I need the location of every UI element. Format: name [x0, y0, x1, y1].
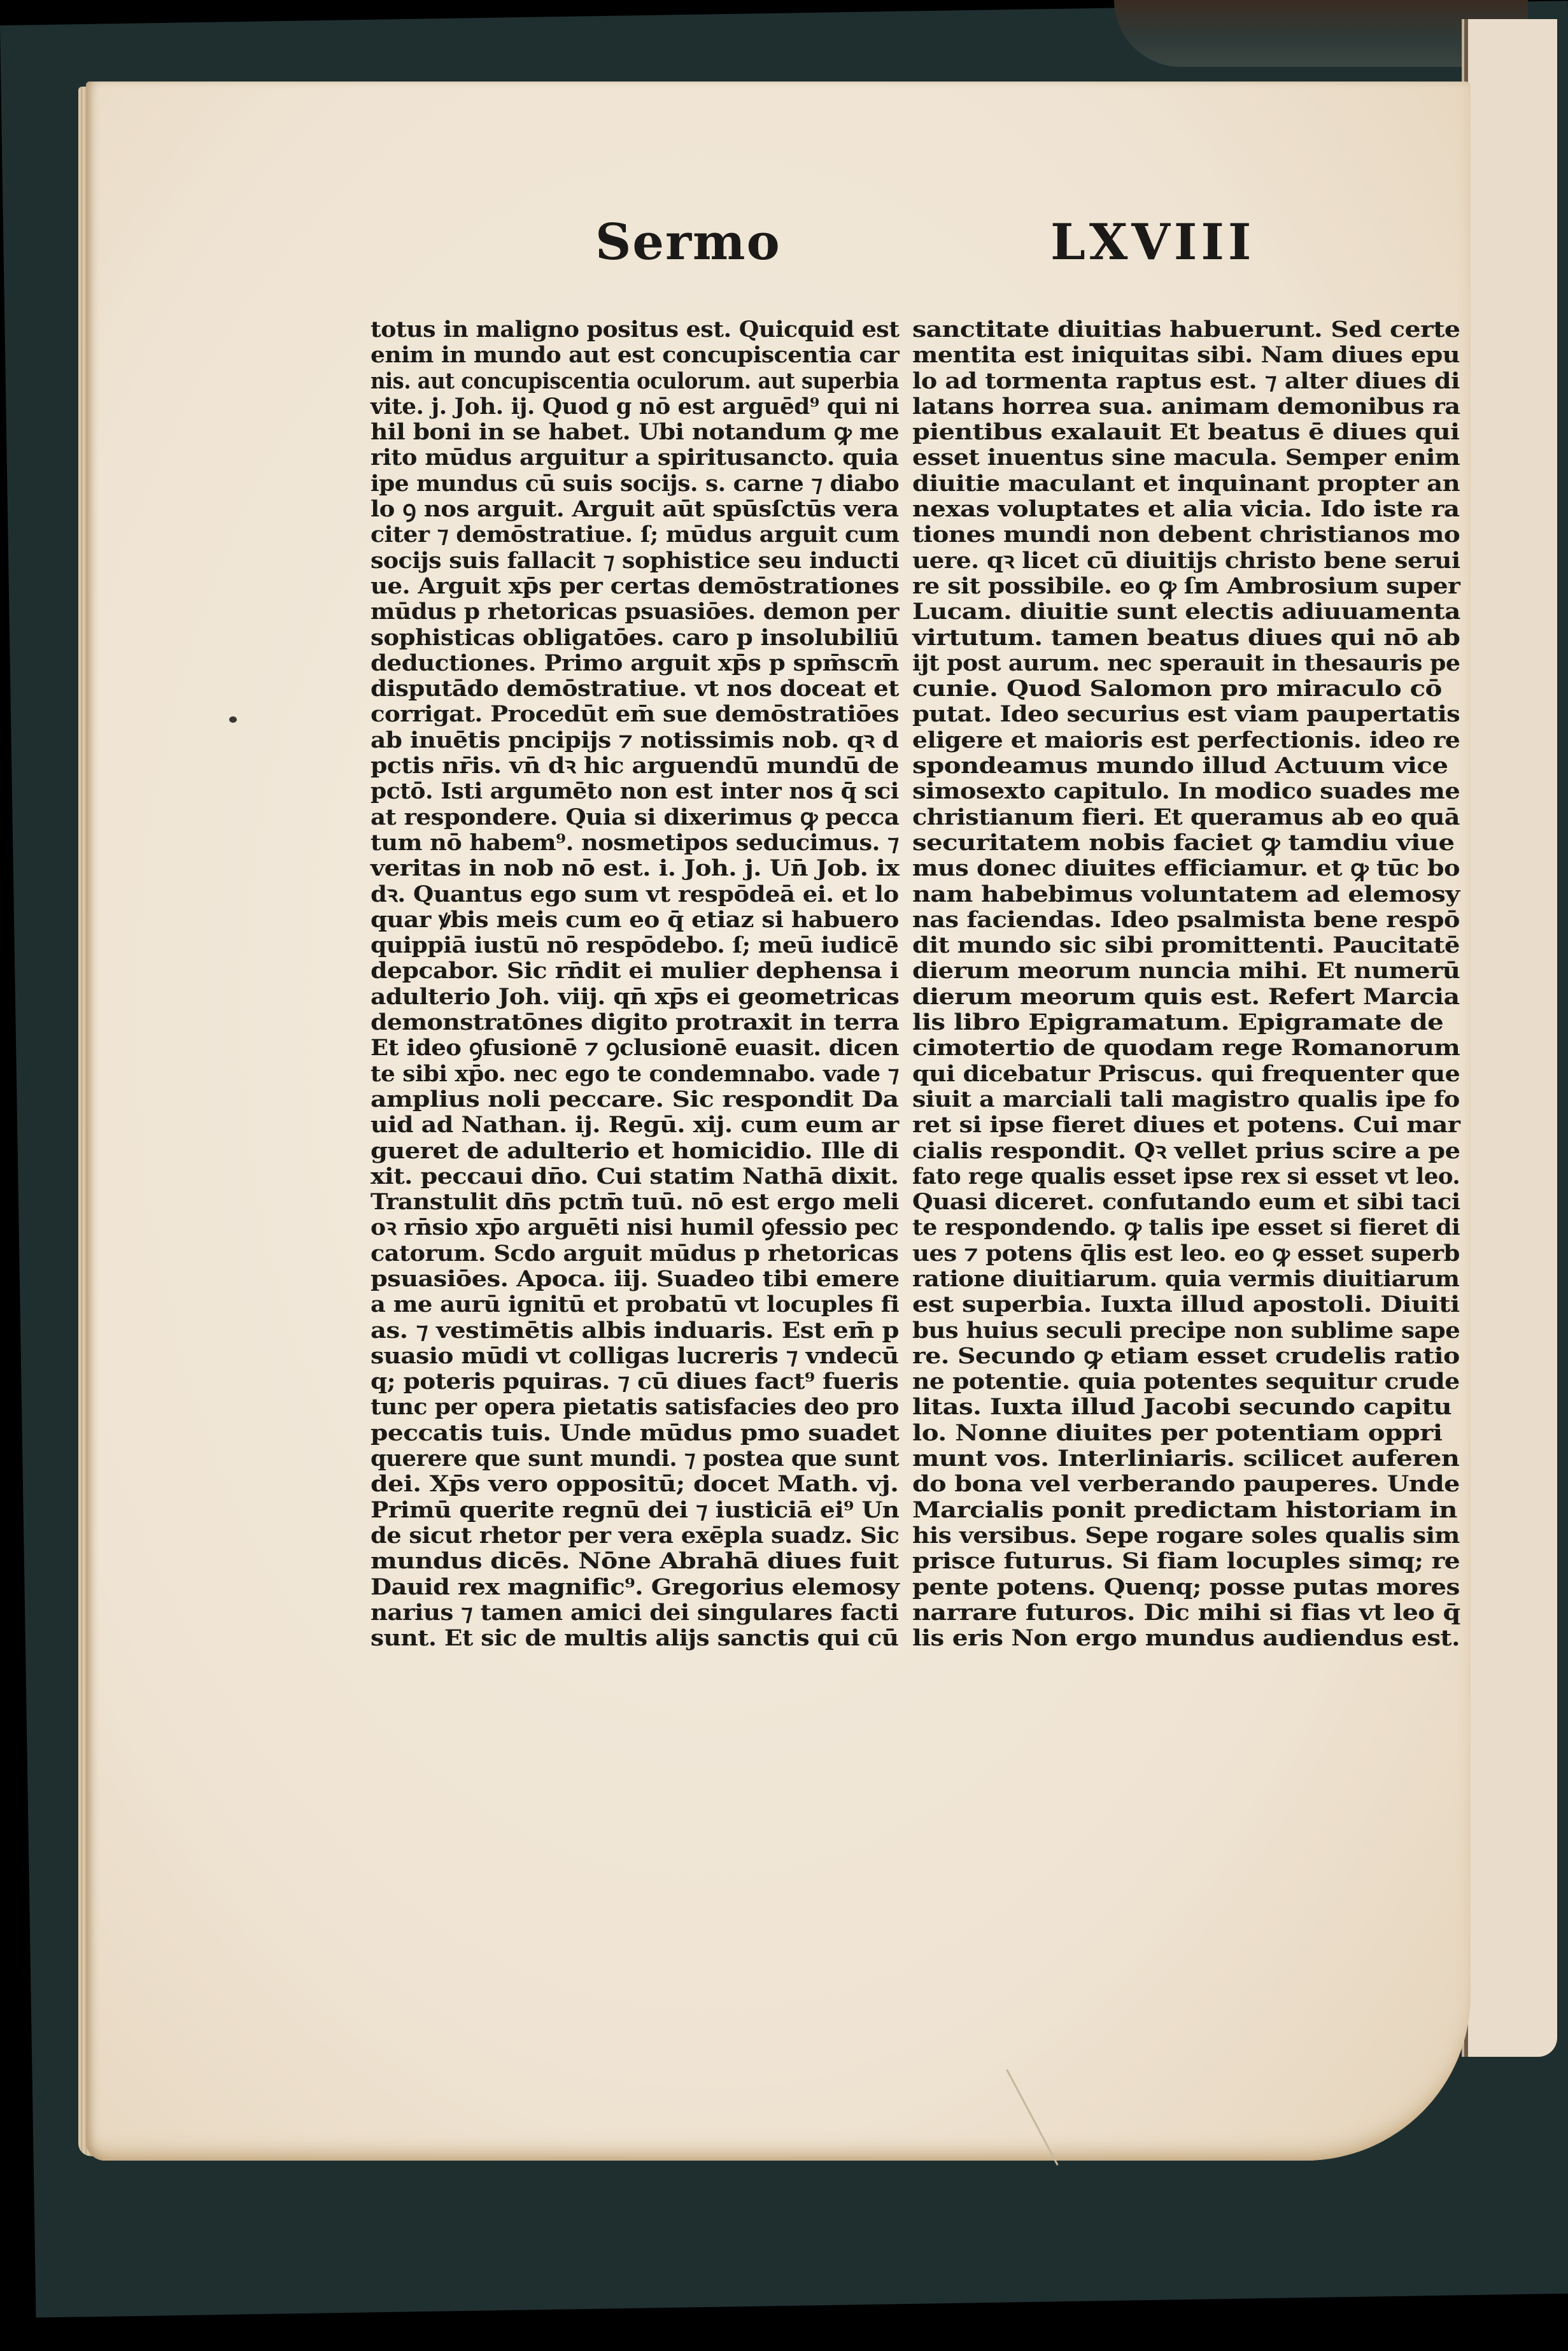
- text-line: nis. aut concupiscentia oculorum. aut su…: [371, 369, 856, 394]
- text-line: a me aurū ignitū et probatū vt locuples …: [371, 1292, 926, 1318]
- text-line: dierum meorum nuncia mihi. Et numerū: [912, 958, 1516, 984]
- text-column-right: sanctitate diuitias habuerunt. Sed certe…: [912, 317, 1460, 1651]
- text-line: enim in mundo aut est concupiscentia car: [371, 343, 915, 368]
- text-line: hil boni in se habet. Ubi notandum ꝙ me: [371, 420, 937, 445]
- text-line: lo ad tormenta raptus est. ⁊ alter diues…: [912, 369, 1507, 394]
- text-line: ue. Arguit xp̄s per certas demōstratione…: [371, 574, 932, 599]
- text-line: lis libro Epigramatum. Epigramate de: [912, 1010, 1542, 1035]
- text-line: vite. j. Joh. ij. Quod g nō est arguēd⁹ …: [371, 394, 910, 420]
- text-line: esset inuentus sine macula. Semper enim: [912, 445, 1502, 471]
- text-line: veritas in nob nō est. i. Joh. j. Un̄ Jo…: [371, 856, 949, 881]
- text-line: as. ⁊ vestimētis albis induaris. Est em̄…: [371, 1318, 954, 1344]
- text-line: nexas voluptates et alia vicia. Ido iste…: [912, 497, 1524, 522]
- text-line: Quasi diceret. confutando eum et sibi ta…: [912, 1190, 1498, 1215]
- text-line: oꝛ rn̄sio xp̄o arguēti nisi humil ꝯfessi…: [371, 1215, 916, 1240]
- text-line: Lucam. diuitie sunt electis adiuuamenta: [912, 599, 1522, 625]
- text-line: cimotertio de quodam rege Romanorum: [912, 1035, 1524, 1061]
- text-column-left: totus in maligno positus est. Quicquid e…: [371, 317, 899, 1651]
- text-line: pctis nr̄is. vn̄ dꝛ hic arguendū mundū d…: [371, 753, 940, 779]
- text-line: psuasiōes. Apoca. iij. Suadeo tibi emere: [371, 1267, 949, 1292]
- foxing-spot: [229, 716, 237, 723]
- text-line: nam habebimus voluntatem ad elemosy: [912, 882, 1532, 907]
- text-line: ne potentie. quia potentes sequitur crud…: [912, 1369, 1503, 1395]
- text-line: spondeamus mundo illud Actuum vice: [912, 753, 1542, 779]
- text-line: sanctitate diuitias habuerunt. Sed certe: [912, 317, 1529, 343]
- text-line: fato rege qualis esset ipse rex si esset…: [912, 1164, 1466, 1190]
- text-line: sophisticas obligatōes. caro p insolubil…: [371, 625, 931, 651]
- text-line: dierum meorum quis est. Refert Marcia: [912, 984, 1531, 1010]
- text-line: quar ꝟbis meis cum eo q̄ etiaz si habuer…: [371, 907, 933, 933]
- text-line: narius ⁊ tamen amici dei singulares fact…: [371, 1600, 933, 1626]
- text-line: cialis respondit. Qꝛ vellet prius scire …: [912, 1139, 1511, 1164]
- text-line: putat. Ideo securius est viam paupertati…: [912, 702, 1511, 727]
- text-line: lis eris Non ergo mundus audiendus est.: [912, 1626, 1520, 1651]
- text-line: socijs suis fallacit ⁊ sophistice seu in…: [371, 548, 919, 574]
- text-line: deductiones. Primo arguit xp̄s p spm̄scm…: [371, 651, 933, 676]
- text-line: xit. peccaui dn̄o. Cui statim Nathā dixi…: [371, 1164, 946, 1190]
- text-line: depcabor. Sic rn̄dit ei mulier dephensa …: [371, 958, 942, 984]
- text-line: siuit a marciali tali magistro qualis ip…: [912, 1087, 1505, 1112]
- text-line: Primū querite regnū dei ⁊ iusticiā ei⁹ U…: [371, 1498, 938, 1523]
- text-line: eligere et maioris est perfectionis. ide…: [912, 728, 1499, 753]
- text-line: sunt. Et sic de multis alijs sanctis qui…: [371, 1626, 937, 1651]
- text-line: diuitie maculant et inquinant propter an: [912, 471, 1516, 497]
- text-line: do bona vel verberando pauperes. Unde: [912, 1472, 1532, 1497]
- text-line: tiones mundi non debent christianos mo: [912, 522, 1519, 548]
- text-line: Dauid rex magnific⁹. Gregorius elemosy: [371, 1575, 947, 1600]
- text-line: re sit possibile. eo ꝙ ſm Ambrosium supe…: [912, 574, 1501, 599]
- text-line: ues ⁊ potens q̄lis est leo. eo ꝙ esset s…: [912, 1241, 1492, 1267]
- text-line: rito mūdus arguitur a spiritusancto. qui…: [371, 445, 927, 471]
- text-line: Transtulit dn̄s pctm̄ tuū. nō est ergo m…: [371, 1190, 927, 1215]
- text-line: bus huius seculi precipe non sublime sap…: [912, 1318, 1492, 1344]
- text-line: christianum fieri. Et queramus ab eo quā: [912, 805, 1509, 830]
- text-line: his versibus. Sepe rogare soles qualis s…: [912, 1523, 1502, 1549]
- text-line: re. Secundo ꝙ etiam esset crudelis ratio: [912, 1344, 1529, 1369]
- text-line: tum nō habem⁹. nosmetipos seducimus. ⁊: [371, 830, 924, 856]
- text-line: uid ad Nathan. ij. Regū. xij. cum eum ar: [371, 1112, 944, 1138]
- text-line: at respondere. Quia si dixerimus ꝙ pecca: [371, 805, 931, 830]
- text-line: mentita est iniquitas sibi. Nam diues ep…: [912, 343, 1509, 368]
- text-line: pctō. Isti argumēto non est inter nos q̄…: [371, 779, 916, 804]
- text-line: lo. Nonne diuites per potentiam oppri: [912, 1421, 1542, 1446]
- text-line: pientibus exalauit Et beatus ē diues qui: [912, 420, 1532, 445]
- text-line: Et ideo ꝯfusionē ⁊ ꝯclusionē euasit. dic…: [371, 1035, 928, 1061]
- text-line: nas faciendas. Ideo psalmista bene respō: [912, 907, 1511, 933]
- text-line: gueret de adulterio et homicidio. Ille d…: [371, 1139, 950, 1164]
- text-line: pente potens. Quenq; posse putas mores: [912, 1575, 1519, 1600]
- text-line: suasio mūdi vt colligas lucreris ⁊ vndec…: [371, 1344, 937, 1369]
- text-line: dit mundo sic sibi promittenti. Paucitat…: [912, 933, 1516, 958]
- text-line: cunie. Quod Salomon pro miraculo cō: [912, 676, 1542, 702]
- text-line: q; poteris pquiras. ⁊ cū diues fact⁹ fue…: [371, 1369, 937, 1395]
- text-line: qui dicebatur Priscus. qui frequenter qu…: [912, 1062, 1505, 1087]
- text-line: catorum. Scdo arguit mūdus p rhetoricas: [371, 1241, 925, 1267]
- text-line: disputādo demōstratiue. vt nos doceat et: [371, 676, 931, 702]
- text-line: ab inuētis pncipijs ⁊ notissimis nob. qꝛ…: [371, 728, 937, 753]
- text-line: Marcialis ponit predictam historiam in: [912, 1498, 1542, 1523]
- folio-number: LXVIII: [1050, 213, 1255, 271]
- text-line: corrigat. Procedūt em̄ sue demōstratiōes: [371, 702, 931, 727]
- text-line: dei. Xp̄s vero oppositū; docet Math. vj.: [371, 1472, 969, 1497]
- running-head-left: Sermo: [595, 213, 781, 271]
- text-line: adulterio Joh. viij. qn̄ xp̄s ei geometr…: [371, 984, 938, 1010]
- text-line: simosexto capitulo. In modico suades me: [912, 779, 1511, 804]
- text-line: demonstratōnes digito protraxit in terra: [371, 1010, 940, 1035]
- text-line: est superbia. Iuxta illud apostoli. Diui…: [912, 1292, 1537, 1318]
- text-line: narrare futuros. Dic mihi si fias vt leo…: [912, 1600, 1534, 1626]
- text-line: litas. Iuxta illud Jacobi secundo capitu: [912, 1395, 1542, 1420]
- text-line: amplius noli peccare. Sic respondit Da: [371, 1087, 964, 1112]
- running-head: Sermo LXVIII: [0, 213, 1568, 271]
- text-line: te sibi xp̄o. nec ego te condemnabo. vad…: [371, 1062, 910, 1087]
- text-line: quippiā iustū nō respōdebo. ſ; meū iudic…: [371, 933, 921, 958]
- text-line: citer ⁊ demōstratiue. ſ; mūdus arguit cu…: [371, 522, 919, 548]
- text-line: te respondendo. ꝙ talis ipe esset si fie…: [912, 1215, 1481, 1240]
- text-line: totus in maligno positus est. Quicquid e…: [371, 317, 919, 343]
- text-line: querere que sunt mundi. ⁊ postea que sun…: [371, 1446, 905, 1472]
- text-line: latans horrea sua. animam demonibus ra: [912, 394, 1511, 420]
- text-line: securitatem nobis faciet ꝙ tamdiu viue: [912, 830, 1542, 856]
- text-line: munt vos. Interliniaris. scilicet aufere…: [912, 1446, 1539, 1472]
- text-line: virtutum. tamen beatus diues qui nō ab: [912, 625, 1534, 651]
- text-line: tunc per opera pietatis satisfacies deo …: [371, 1395, 914, 1420]
- text-line: ipe mundus cū suis socijs. s. carne ⁊ di…: [371, 471, 913, 497]
- text-line: prisce futurus. Si fiam locuples simq; r…: [912, 1549, 1525, 1574]
- text-line: ratione diuitiarum. quia vermis diuitiar…: [912, 1267, 1488, 1292]
- text-line: mūdus p rhetoricas psuasiōes. demon per: [371, 599, 919, 625]
- text-line: peccatis tuis. Unde mūdus pmo suadet: [371, 1421, 963, 1446]
- text-line: dꝛ. Quantus ego sum vt respōdeā ei. et l…: [371, 882, 929, 907]
- text-line: de sicut rhetor per vera exēpla suadz. S…: [371, 1523, 926, 1549]
- text-line: lo ꝯ nos arguit. Arguit aūt spūsſctūs ve…: [371, 497, 931, 522]
- text-line: uere. qꝛ licet cū diuitijs christo bene …: [912, 548, 1496, 574]
- text-line: mundus dicēs. Nōne Abrahā diues fuit: [371, 1549, 969, 1574]
- text-line: mus donec diuites efficiamur. et ꝙ tūc b…: [912, 856, 1511, 881]
- text-line: ret si ipse fieret diues et potens. Cui …: [912, 1112, 1513, 1138]
- text-line: ijt post aurum. nec sperauit in thesauri…: [912, 651, 1480, 676]
